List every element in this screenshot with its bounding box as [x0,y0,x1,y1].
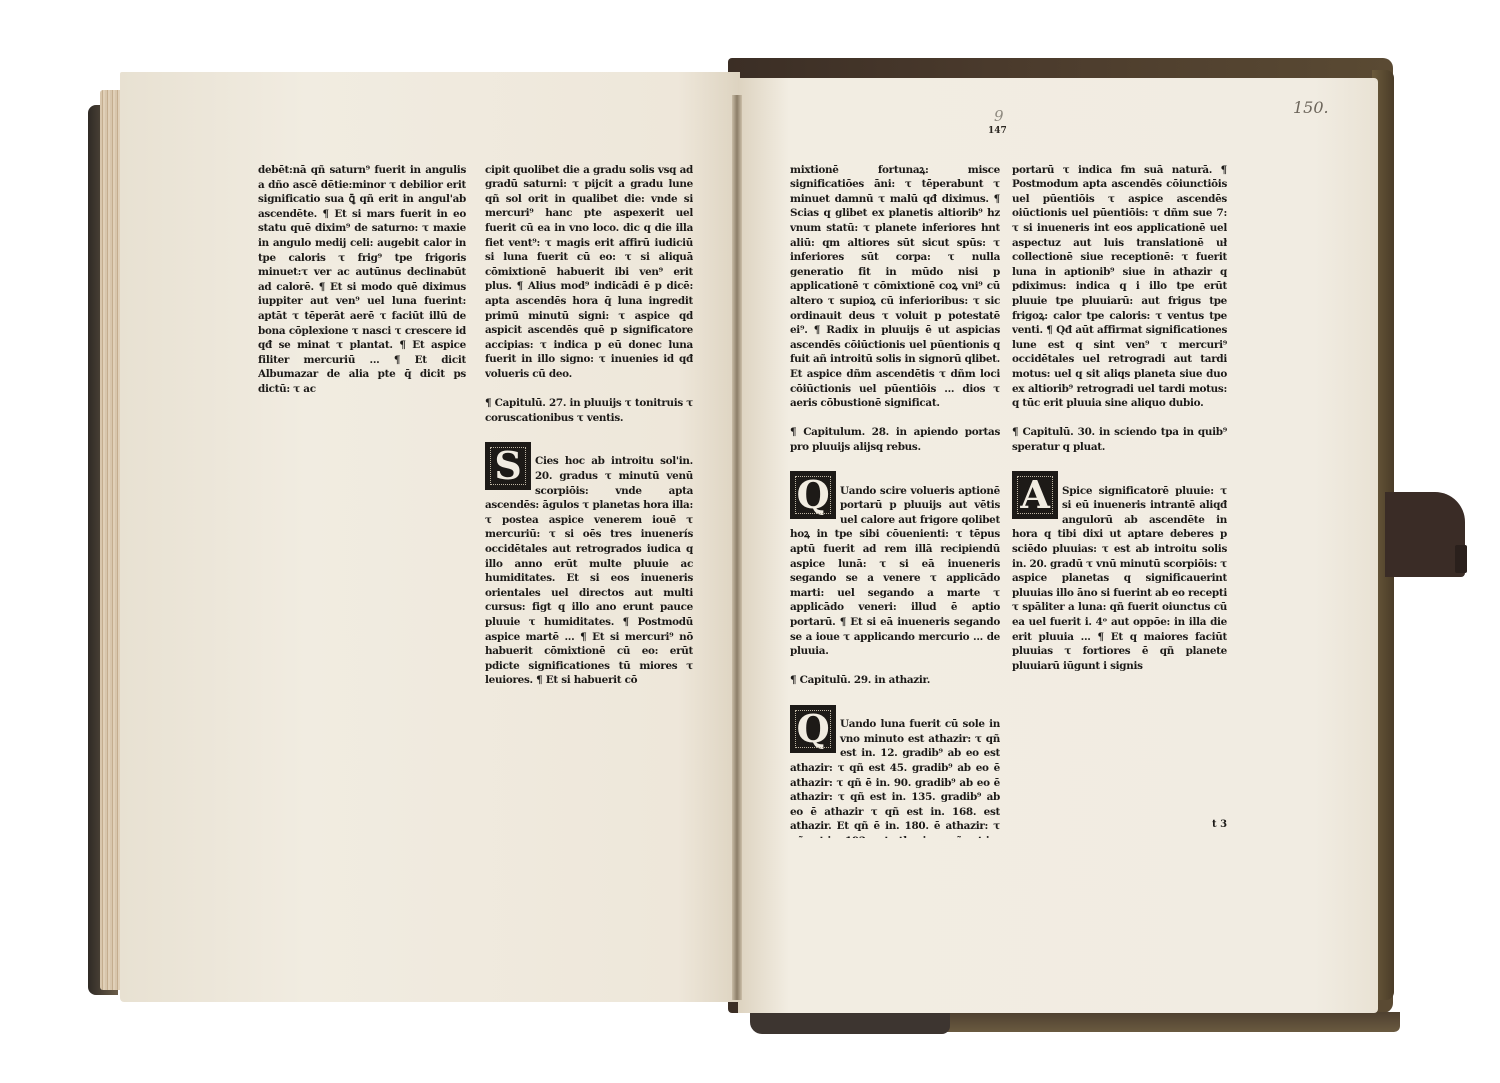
chapter-heading: ¶ Capitulum. 28. in apiendo portas pro p… [790,425,1000,454]
signature-mark: t 3 [1212,819,1227,830]
chapter-text: Cies hoc ab introitu sol'in. 20. gradus … [485,455,693,686]
decorated-initial: A [1012,471,1058,519]
left-page-column-1: debēt:nā qñ saturn⁹ fuerit in angulis a … [258,163,466,863]
decorated-initial: Q [790,705,836,753]
folio-ink-mark: 9 [994,107,1004,125]
column-text: portarū τ indica fm suā naturā. ¶ Postmo… [1012,163,1227,411]
leather-clasp [1385,492,1465,577]
column-text: mixtionē fortunaꝝ: misce significatiōes … [790,163,1000,411]
right-page-column-2: portarū τ indica fm suā naturā. ¶ Postmo… [1012,148,1227,833]
gutter [732,95,742,1000]
decorated-initial: Q [790,471,836,519]
handwritten-folio-number: 150. [1293,98,1329,117]
decorated-initial: S [485,442,531,490]
chapter-heading: ¶ Capitulū. 29. in athazir. [790,673,1000,688]
clasp-tip [1455,545,1467,573]
chapter-heading: ¶ Capitulū. 27. in pluuijs τ tonitruis τ… [485,396,693,425]
chapter-heading: ¶ Capitulū. 30. in sciendo tpa in quib⁹ … [1012,425,1227,454]
bottom-leather-strap [750,1012,950,1034]
column-text: cipit quolibet die a gradu solis vsq ad … [485,163,693,382]
left-page-column-2: cipit quolibet die a gradu solis vsq ad … [485,148,693,870]
right-page-column-1: mixtionē fortunaꝝ: misce significatiōes … [790,148,1000,838]
open-book-photo: debēt:nā qñ saturn⁹ fuerit in angulis a … [0,0,1500,1083]
printed-folio-number: 147 [988,126,1007,136]
